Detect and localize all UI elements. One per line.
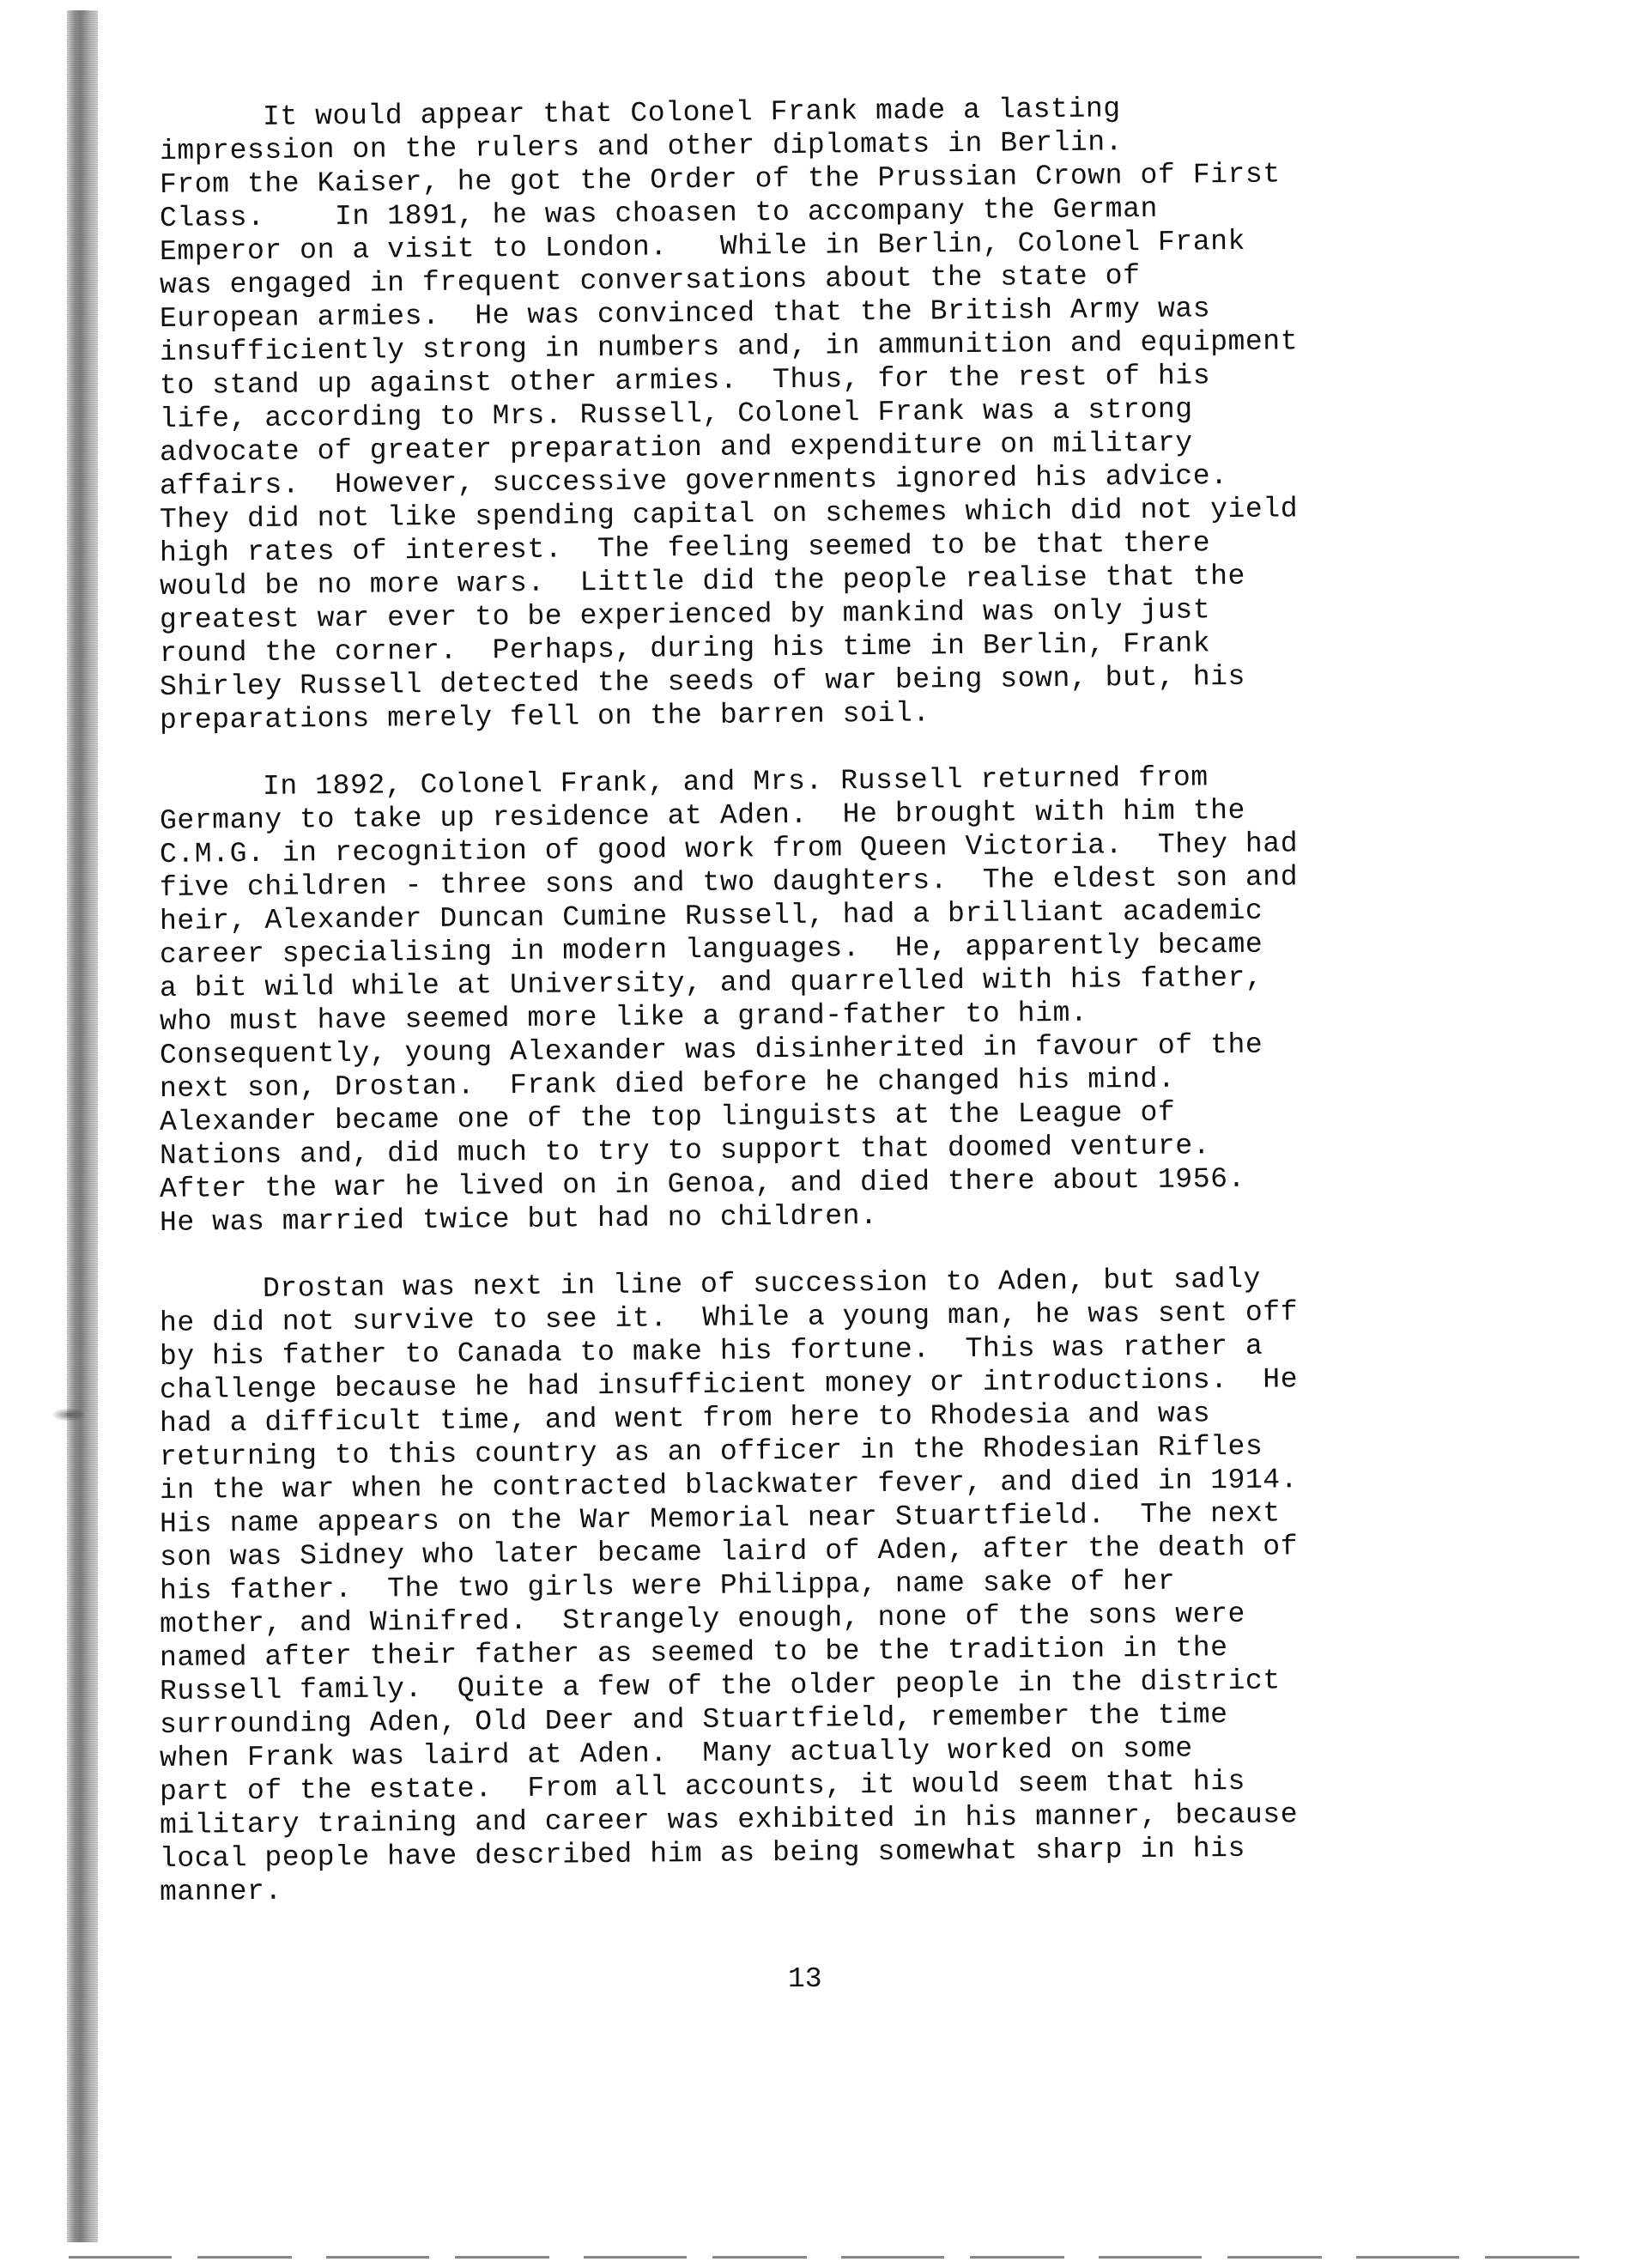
- body-text: It would appear that Colonel Frank made …: [160, 101, 1499, 1943]
- scan-notch-artifact: [51, 1408, 86, 1422]
- scanned-page: It would appear that Colonel Frank made …: [0, 0, 1648, 2268]
- scan-bottom-edge: [69, 2256, 1596, 2259]
- paragraph-2: In 1892, Colonel Frank, and Mrs. Russell…: [160, 771, 1499, 1240]
- paragraph-3: Drostan was next in line of succession t…: [160, 1273, 1499, 1909]
- paragraph-1: It would appear that Colonel Frank made …: [160, 101, 1499, 737]
- page-number: 13: [788, 1962, 822, 1996]
- scan-edge-artifact: [67, 10, 98, 2242]
